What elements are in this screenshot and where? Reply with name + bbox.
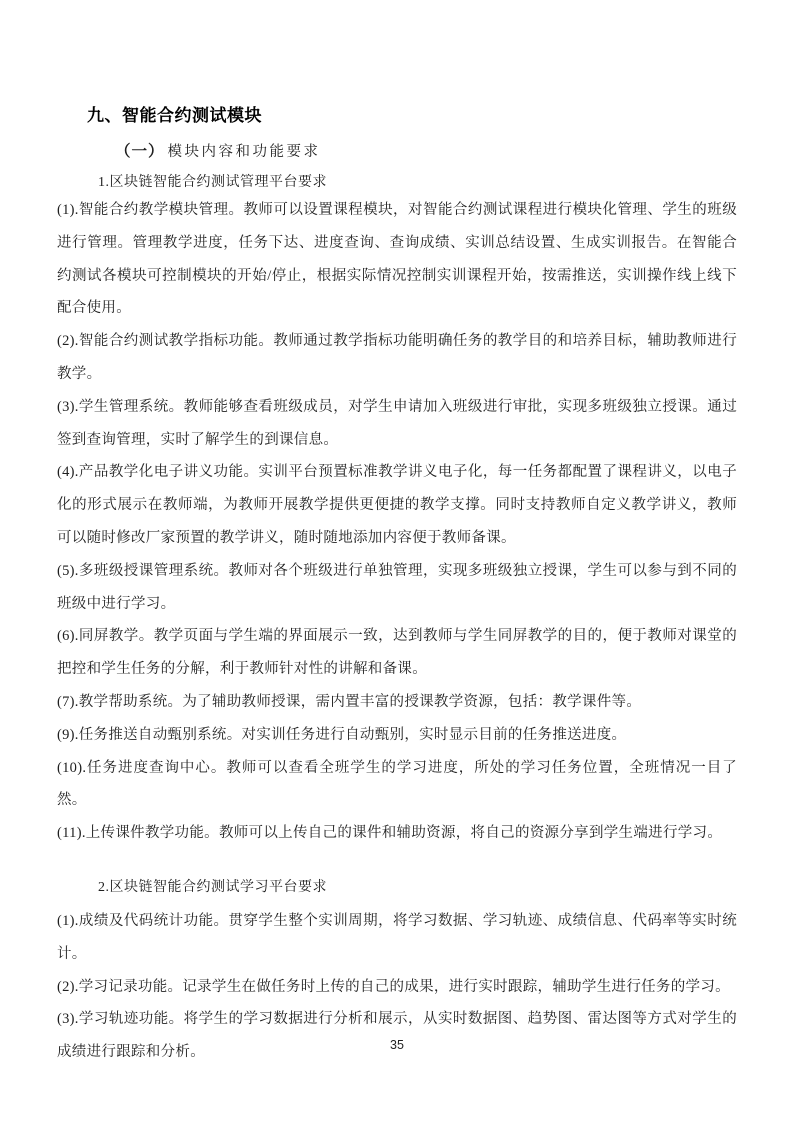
paragraph: (5).多班级授课管理系统。教师对各个班级进行单独管理，实现多班级独立授课，学生… [57, 555, 737, 621]
paragraph: (1).智能合约教学模块管理。教师可以设置课程模块，对智能合约测试课程进行模块化… [57, 194, 737, 325]
paragraph: (2).学习记录功能。记录学生在做任务时上传的自己的成果，进行实时跟踪，辅助学生… [57, 971, 737, 1004]
paragraph: (1).成绩及代码统计功能。贯穿学生整个实训周期，将学习数据、学习轨迹、成绩信息… [57, 905, 737, 971]
paragraph: (10).任务进度查询中心。教师可以查看全班学生的学习进度，所处的学习任务位置，… [57, 752, 737, 818]
paragraph: (3).学生管理系统。教师能够查看班级成员，对学生申请加入班级进行审批，实现多班… [57, 391, 737, 457]
paragraph: (6).同屏教学。教学页面与学生端的界面展示一致，达到教师与学生同屏教学的目的，… [57, 620, 737, 686]
document-page: 九、智能合约测试模块 （一）模块内容和功能要求 1.区块链智能合约测试管理平台要… [0, 0, 794, 1122]
list-heading-1: 1.区块链智能合约测试管理平台要求 [98, 172, 737, 194]
section-title: 九、智能合约测试模块 [87, 104, 737, 128]
paragraph: (11).上传课件教学功能。教师可以上传自己的课件和辅助资源，将自己的资源分享到… [57, 817, 737, 850]
paragraph: (3).学习轨迹功能。将学生的学习数据进行分析和展示，从实时数据图、趋势图、雷达… [57, 1003, 737, 1069]
subsection-number: （一） [115, 143, 165, 160]
paragraph: (4).产品教学化电子讲义功能。实训平台预置标准教学讲义电子化，每一任务都配置了… [57, 456, 737, 554]
section-management-platform: 1.区块链智能合约测试管理平台要求 (1).智能合约教学模块管理。教师可以设置课… [57, 172, 737, 850]
list-heading-2: 2.区块链智能合约测试学习平台要求 [98, 877, 737, 899]
paragraph-group: (1).智能合约教学模块管理。教师可以设置课程模块，对智能合约测试课程进行模块化… [57, 194, 737, 850]
paragraph: (2).智能合约测试教学指标功能。教师通过教学指标功能明确任务的教学目的和培养目… [57, 325, 737, 391]
paragraph: (9).任务推送自动甄别系统。对实训任务进行自动甄别，实时显示目前的任务推送进度… [57, 719, 737, 752]
subsection-title: （一）模块内容和功能要求 [115, 141, 737, 163]
document-content: 九、智能合约测试模块 （一）模块内容和功能要求 1.区块链智能合约测试管理平台要… [57, 104, 737, 1069]
page-number: 35 [0, 1038, 794, 1052]
paragraph: (7).教学帮助系统。为了辅助教师授课，需内置丰富的授课教学资源，包括：教学课件… [57, 686, 737, 719]
subsection-label: 模块内容和功能要求 [168, 144, 321, 160]
